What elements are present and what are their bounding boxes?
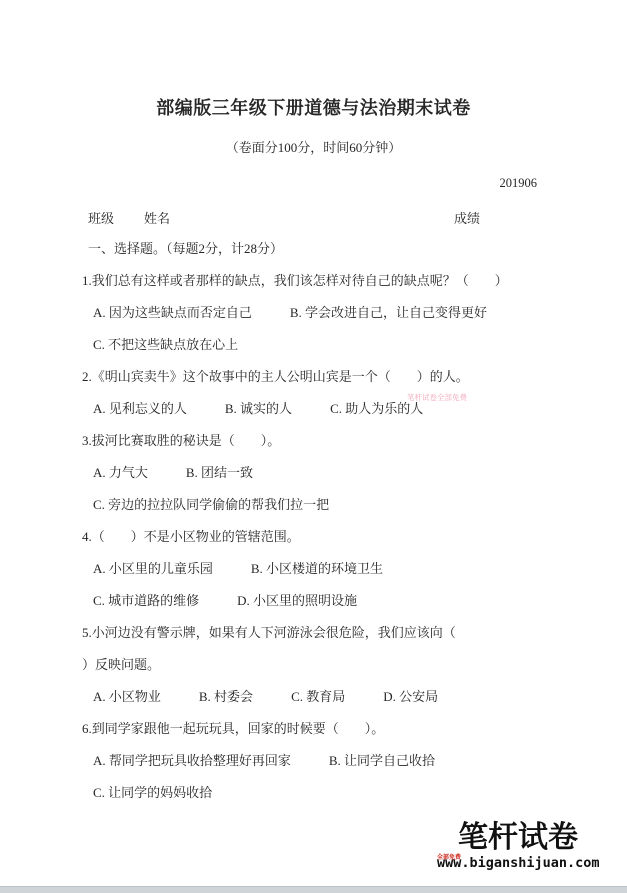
doc-number: 201906	[0, 176, 627, 191]
header-fields-row: 班级 姓名 成绩	[0, 208, 627, 227]
option-item: A. 力气大	[93, 465, 148, 480]
option-line: A. 力气大B. 团结一致	[0, 457, 627, 489]
option-item: A. 小区里的儿童乐园	[93, 561, 213, 576]
option-item: D. 小区里的照明设施	[237, 593, 357, 608]
option-line: A. 小区里的儿童乐园B. 小区楼道的环境卫生	[0, 553, 627, 585]
questions-list: 1.我们总有这样或者那样的缺点，我们该怎样对待自己的缺点呢？（ ）A. 因为这些…	[0, 265, 627, 809]
option-item: C. 不把这些缺点放在心上	[93, 337, 238, 352]
option-item: B. 诚实的人	[225, 401, 292, 416]
option-line: C. 城市道路的维修D. 小区里的照明设施	[0, 585, 627, 617]
option-item: C. 教育局	[291, 689, 345, 704]
question-stem: 5.小河边没有警示牌，如果有人下河游泳会很危险，我们应该向（	[0, 617, 627, 649]
option-item: B. 村委会	[199, 689, 253, 704]
brand-tagline: 全部免费	[437, 852, 461, 861]
option-item: A. 小区物业	[93, 689, 161, 704]
option-item: D. 公安局	[383, 689, 438, 704]
name-field-label: 姓名	[144, 208, 170, 227]
question-stem: 1.我们总有这样或者那样的缺点，我们该怎样对待自己的缺点呢？（ ）	[0, 265, 627, 297]
question-stem: 3.拔河比赛取胜的秘诀是（ ）。	[0, 425, 627, 457]
option-line: A. 因为这些缺点而否定自己B. 学会改进自己，让自己变得更好	[0, 297, 627, 329]
option-item: A. 见利忘义的人	[93, 401, 187, 416]
option-item: C. 让同学的妈妈收拾	[93, 785, 212, 800]
question-stem: 2.《明山宾卖牛》这个故事中的主人公明山宾是一个（ ）的人。	[0, 361, 627, 393]
option-line: C. 不把这些缺点放在心上	[0, 329, 627, 361]
page-title: 部编版三年级下册道德与法治期末试卷	[0, 0, 627, 120]
option-line: A. 帮同学把玩具收拾整理好再回家B. 让同学自己收拾	[0, 745, 627, 777]
option-item: B. 学会改进自己，让自己变得更好	[290, 305, 487, 320]
option-line: C. 旁边的拉拉队同学偷偷的帮我们拉一把	[0, 489, 627, 521]
brand-name: 笔杆试卷	[458, 821, 595, 855]
class-field-label: 班级	[88, 208, 114, 227]
bottom-bar	[0, 886, 627, 893]
exam-paper-page: 部编版三年级下册道德与法治期末试卷 （卷面分100分，时间60分钟） 20190…	[0, 0, 627, 893]
option-item: A. 因为这些缺点而否定自己	[93, 305, 252, 320]
option-item: B. 让同学自己收拾	[329, 753, 435, 768]
option-item: B. 小区楼道的环境卫生	[251, 561, 383, 576]
option-item: C. 旁边的拉拉队同学偷偷的帮我们拉一把	[93, 497, 329, 512]
page-subtitle: （卷面分100分，时间60分钟）	[0, 137, 627, 156]
question-stem: ）反映问题。	[0, 649, 627, 681]
option-item: A. 帮同学把玩具收拾整理好再回家	[93, 753, 291, 768]
question-stem: 4.（ ）不是小区物业的管辖范围。	[0, 521, 627, 553]
option-line: C. 让同学的妈妈收拾	[0, 777, 627, 809]
option-item: C. 城市道路的维修	[93, 593, 199, 608]
score-field-label: 成绩	[454, 208, 480, 227]
option-line: A. 见利忘义的人B. 诚实的人C. 助人为乐的人	[0, 393, 627, 425]
section-header: 一、选择题。（每题2分，计28分）	[0, 233, 627, 265]
option-item: B. 团结一致	[186, 465, 253, 480]
option-line: A. 小区物业B. 村委会C. 教育局D. 公安局	[0, 681, 627, 713]
question-stem: 6.到同学家跟他一起玩玩具，回家的时候要（ ）。	[0, 713, 627, 745]
inline-watermark-text: 笔杆试卷全部免费	[407, 392, 467, 403]
option-item: C. 助人为乐的人	[330, 401, 423, 416]
brand-logo: 笔杆试卷 全部免费 www.biganshijuan.com	[437, 821, 595, 871]
